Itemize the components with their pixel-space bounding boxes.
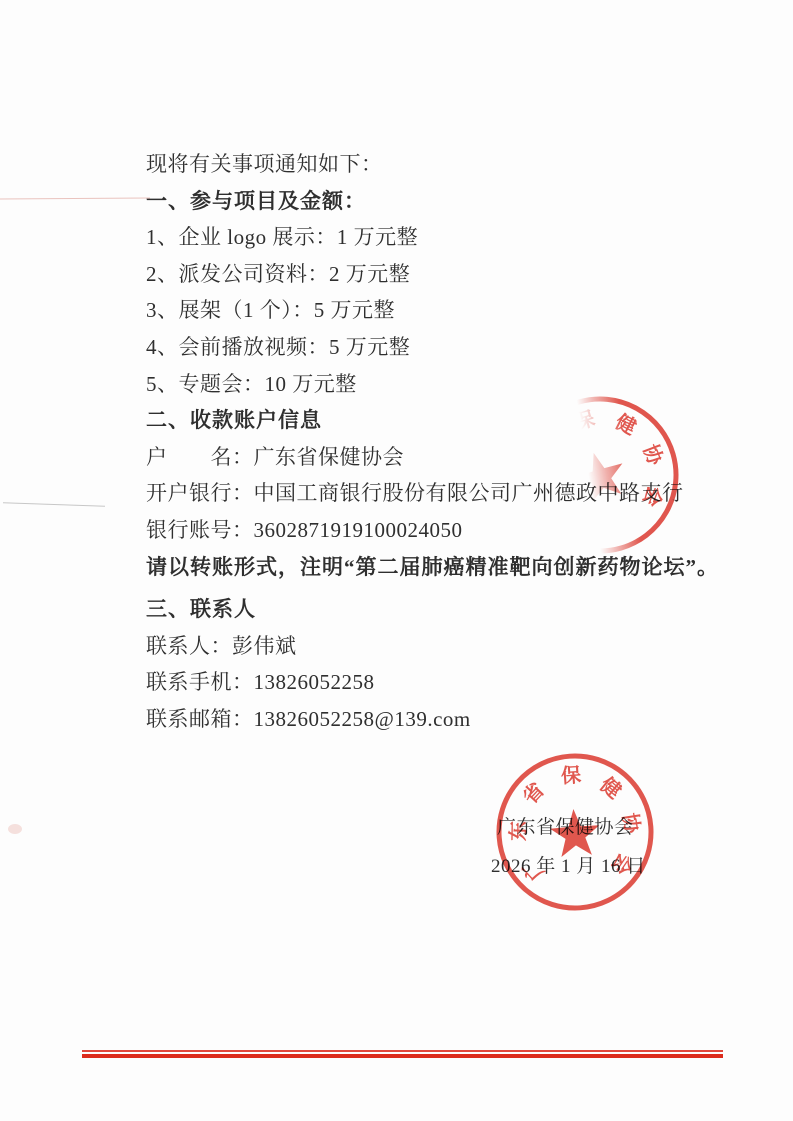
transfer-note-line: 请以转账形式，注明“第二届肺癌精准靶向创新药物论坛”。 xyxy=(146,549,766,586)
footer-red-line xyxy=(82,1050,723,1058)
scan-artifact-smudge xyxy=(8,824,22,834)
footer-red-line-thick xyxy=(82,1054,723,1058)
section1-item-4: 4、会前播放视频：5 万元整 xyxy=(146,329,766,366)
account-name-line: 户 名：广东省保健协会 xyxy=(146,439,766,476)
signature-organization: 广东省保健协会 xyxy=(497,812,634,839)
scan-artifact-line xyxy=(0,197,150,199)
document-page: 现将有关事项通知如下： 一、参与项目及金额： 1、企业 logo 展示：1 万元… xyxy=(0,0,793,1121)
section1-heading: 一、参与项目及金额： xyxy=(146,183,766,220)
section1-item-3: 3、展架（1 个）：5 万元整 xyxy=(146,292,766,329)
section2-heading: 二、收款账户信息 xyxy=(146,402,766,439)
scan-artifact-line xyxy=(3,502,105,507)
section1-item-5: 5、专题会：10 万元整 xyxy=(146,366,766,403)
seal-arc-char: 健 xyxy=(595,772,626,804)
section3-heading: 三、联系人 xyxy=(146,591,766,628)
contact-email-line: 联系邮箱：13826052258@139.com xyxy=(146,701,766,738)
intro-line: 现将有关事项通知如下： xyxy=(146,146,766,183)
section1-item-1: 1、企业 logo 展示：1 万元整 xyxy=(146,219,766,256)
seal-arc-char: 保 xyxy=(560,763,582,787)
section1-item-2: 2、派发公司资料：2 万元整 xyxy=(146,256,766,293)
account-number-line: 银行账号：3602871919100024050 xyxy=(146,512,766,549)
signature-date: 2026 年 1 月 16 日 xyxy=(491,851,646,878)
contact-phone-line: 联系手机：13826052258 xyxy=(146,664,766,701)
document-body: 现将有关事项通知如下： 一、参与项目及金额： 1、企业 logo 展示：1 万元… xyxy=(146,146,766,738)
contact-name-line: 联系人：彭伟斌 xyxy=(146,628,766,665)
bank-branch-line: 开户银行：中国工商银行股份有限公司广州德政中路支行 xyxy=(146,475,766,512)
seal-arc-char: 省 xyxy=(518,778,549,809)
